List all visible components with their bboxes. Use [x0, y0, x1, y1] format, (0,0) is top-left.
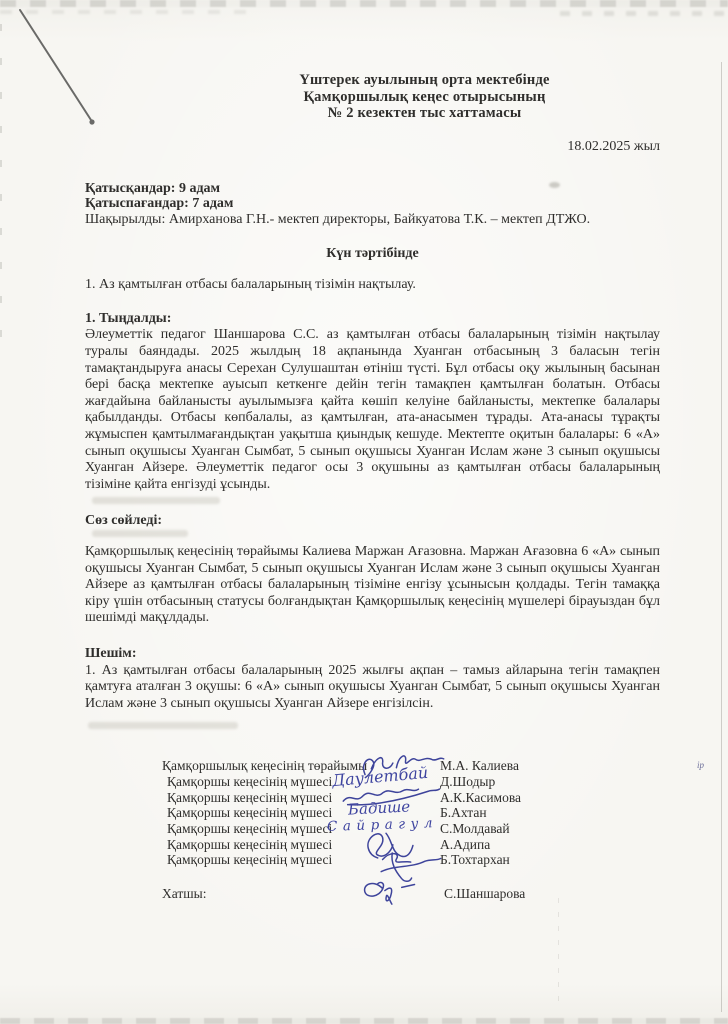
title-line-2: Қамқоршылық кеңес отырысының: [137, 89, 712, 106]
signature-row-secretary: Хатшы: С.Шаншарова: [162, 886, 660, 902]
signature-role: Қамқоршылық кеңесінің төрайымы: [162, 758, 440, 774]
paper-fold-line: [558, 898, 559, 1010]
signature-block: Қамқоршылық кеңесінің төрайымы М.А. Кали…: [162, 758, 660, 902]
heard-body: Әлеуметтік педагог Шаншарова С.С. аз қам…: [85, 327, 660, 493]
signature-name: Б.Тохтархан: [440, 852, 660, 868]
decision-body: 1. Аз қамтылған отбасы балаларының 2025 …: [85, 663, 660, 713]
signature-row-member: Қамқоршы кеңесінің мүшесі С.Молдавай Сай…: [162, 821, 660, 837]
signature-name: Д.Шодыр: [440, 774, 660, 790]
attendance-present: Қатысқандар: 9 адам: [85, 181, 660, 197]
signature-role: Қамқоршы кеңесінің мүшесі: [162, 805, 440, 821]
attendance-invited: Шақырылды: Амирханова Г.Н.- мектеп дирек…: [85, 212, 660, 228]
signature-name: Б.Ахтан: [440, 805, 660, 821]
signature-row-chairwoman: Қамқоршылық кеңесінің төрайымы М.А. Кали…: [162, 758, 660, 774]
spoke-heading: Сөз сөйледі:: [85, 513, 660, 530]
signature-row-member: Қамқоршы кеңесінің мүшесі А.Адипа: [162, 837, 660, 853]
signature-row-member: Қамқоршы кеңесінің мүшесі Д.Шодыр Даулет…: [162, 774, 660, 790]
document-date: 18.02.2025 жыл: [85, 139, 660, 155]
title-line-3: № 2 кезектен тыс хаттамасы: [137, 105, 712, 122]
scan-edge-bottom: [0, 1018, 728, 1024]
agenda-item-1: 1. Аз қамтылған отбасы балаларының тізім…: [85, 277, 660, 293]
agenda-heading: Күн тәртібінде: [85, 246, 660, 262]
decision-heading: Шешім:: [85, 646, 660, 663]
attendance-absent: Қатыспағандар: 7 адам: [85, 196, 660, 212]
document-title: Үштерек ауылының орта мектебінде Қамқорш…: [137, 72, 712, 122]
signature-name: С.Молдавай: [440, 821, 660, 837]
signature-role: Қамқоршы кеңесінің мүшесі: [162, 790, 440, 806]
stray-pen-mark: ір: [697, 758, 704, 774]
secretary-label: Хатшы:: [162, 886, 440, 902]
attendance-block: Қатысқандар: 9 адам Қатыспағандар: 7 ада…: [85, 181, 660, 228]
spoke-body: Қамқоршылық кеңесінің төрайымы Калиева М…: [85, 544, 660, 627]
signature-role: Қамқоршы кеңесінің мүшесі: [162, 837, 440, 853]
signature-row-member: Қамқоршы кеңесінің мүшесі Б.Ахтан Бадише: [162, 805, 660, 821]
heard-heading: 1. Тыңдалды:: [85, 311, 660, 328]
signature-name: А.Адипа: [440, 837, 660, 853]
pen-stroke-mark: [0, 0, 110, 140]
signature-name: М.А. Калиева: [440, 758, 660, 774]
scanned-protocol-page: Үштерек ауылының орта мектебінде Қамқорш…: [0, 0, 728, 1024]
signature-name: А.К.Касимова: [440, 790, 660, 806]
signature-role: Қамқоршы кеңесінің мүшесі: [162, 821, 440, 837]
title-line-1: Үштерек ауылының орта мектебінде: [137, 72, 712, 89]
secretary-name: С.Шаншарова: [440, 886, 660, 902]
signature-row-member: Қамқоршы кеңесінің мүшесі А.К.Касимова: [162, 790, 660, 806]
signature-row-member: Қамқоршы кеңесінің мүшесі Б.Тохтархан: [162, 852, 660, 868]
signature-role: Қамқоршы кеңесінің мүшесі: [162, 774, 440, 790]
signature-role: Қамқоршы кеңесінің мүшесі: [162, 852, 440, 868]
